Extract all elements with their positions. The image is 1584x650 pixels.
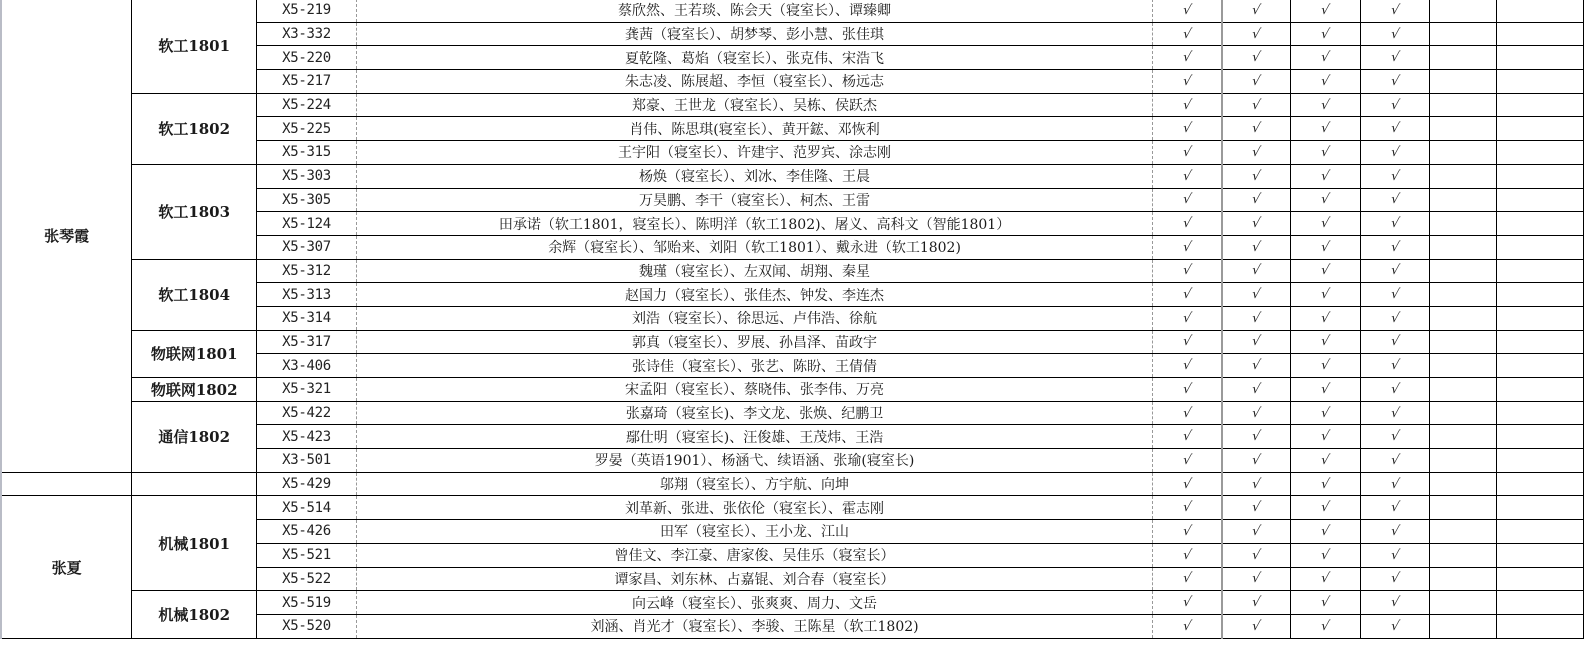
room-cell[interactable]: X3-332	[257, 22, 357, 46]
empty-cell[interactable]	[1497, 259, 1584, 283]
check-mark-icon: √	[1390, 358, 1401, 373]
check-cell[interactable]: √	[1222, 306, 1290, 330]
check-mark-icon: √	[1251, 334, 1262, 349]
check-cell[interactable]: √	[1222, 259, 1290, 283]
room-cell[interactable]: X5-307	[257, 235, 357, 259]
check-cell[interactable]: √	[1360, 330, 1430, 354]
check-mark-icon: √	[1251, 216, 1262, 231]
check-mark-icon: √	[1182, 263, 1193, 278]
check-mark-icon: √	[1390, 311, 1401, 326]
members-cell[interactable]: 鄢仕明（寝室长)、汪俊雄、王茂炜、王浩	[356, 425, 1152, 449]
empty-cell[interactable]	[1430, 567, 1497, 591]
check-mark-icon: √	[1320, 98, 1331, 113]
check-mark-icon: √	[1251, 263, 1262, 278]
check-cell[interactable]: √	[1290, 235, 1360, 259]
room-cell[interactable]: X5-520	[257, 614, 357, 638]
check-cell[interactable]: √	[1222, 164, 1290, 188]
empty-cell[interactable]	[1430, 591, 1497, 615]
check-cell[interactable]: √	[1153, 306, 1223, 330]
check-mark-icon: √	[1320, 524, 1331, 539]
check-cell[interactable]: √	[1222, 46, 1290, 70]
check-mark-icon: √	[1390, 595, 1401, 610]
check-cell[interactable]: √	[1360, 164, 1430, 188]
check-cell[interactable]: √	[1360, 283, 1430, 307]
room-cell[interactable]: X5-321	[257, 378, 357, 402]
check-cell[interactable]: √	[1153, 378, 1223, 402]
check-mark-icon: √	[1320, 3, 1331, 18]
empty-cell[interactable]	[1430, 164, 1497, 188]
check-cell[interactable]: √	[1222, 614, 1290, 638]
members-cell[interactable]: 向云峰（寝室长）、张爽爽、周力、文岳	[356, 591, 1152, 615]
check-mark-icon: √	[1182, 548, 1193, 563]
empty-cell[interactable]	[1497, 378, 1584, 402]
members-cell[interactable]: 王宇阳（寝室长）、许建宇、范罗宾、涂志刚	[356, 141, 1152, 165]
check-cell[interactable]: √	[1360, 378, 1430, 402]
check-cell[interactable]: √	[1290, 496, 1360, 520]
empty-cell[interactable]	[1497, 425, 1584, 449]
check-cell[interactable]: √	[1222, 330, 1290, 354]
check-mark-icon: √	[1251, 145, 1262, 160]
members-cell[interactable]: 张诗佳（寝室长）、张艺、陈盼、王倩倩	[356, 354, 1152, 378]
check-cell[interactable]: √	[1290, 306, 1360, 330]
check-cell[interactable]: √	[1153, 472, 1223, 496]
check-mark-icon: √	[1251, 382, 1262, 397]
check-cell[interactable]: √	[1360, 449, 1430, 473]
members-cell[interactable]: 魏瑾（寝室长）、左双闻、胡翔、秦星	[356, 259, 1152, 283]
check-cell[interactable]: √	[1360, 520, 1430, 544]
check-mark-icon: √	[1390, 619, 1401, 634]
class-cell[interactable]: 软工1801	[132, 0, 257, 93]
members-cell[interactable]: 蔡欣然、王若琰、陈会天（寝室长）、谭臻卿	[356, 0, 1152, 22]
empty-cell[interactable]	[1430, 378, 1497, 402]
members-cell[interactable]: 赵国力（寝室长）、张佳杰、钟发、李连杰	[356, 283, 1152, 307]
check-mark-icon: √	[1251, 453, 1262, 468]
check-cell[interactable]: √	[1222, 378, 1290, 402]
check-cell[interactable]: √	[1290, 283, 1360, 307]
check-mark-icon: √	[1251, 571, 1262, 586]
members-cell[interactable]: 余辉（寝室长）、邹贻来、刘阳（软工1801）、戴永进（软工1802)	[356, 235, 1152, 259]
empty-cell[interactable]	[1497, 496, 1584, 520]
room-cell[interactable]: X5-314	[257, 306, 357, 330]
check-mark-icon: √	[1182, 500, 1193, 515]
room-cell[interactable]: X5-220	[257, 46, 357, 70]
members-cell[interactable]: 刘涵、肖光才（寝室长）、李骏、王陈星（软工1802)	[356, 614, 1152, 638]
room-cell[interactable]: X5-422	[257, 401, 357, 425]
check-cell[interactable]: √	[1290, 520, 1360, 544]
check-cell[interactable]: √	[1222, 591, 1290, 615]
check-cell[interactable]: √	[1153, 425, 1223, 449]
check-cell[interactable]: √	[1153, 591, 1223, 615]
check-cell[interactable]: √	[1153, 22, 1223, 46]
members-cell[interactable]: 田承诺（软工1801，寝室长）、陈明洋（软工1802)、屠义、高科文（智能180…	[356, 212, 1152, 236]
check-cell[interactable]: √	[1360, 543, 1430, 567]
empty-cell[interactable]	[1497, 46, 1584, 70]
check-cell[interactable]: √	[1222, 401, 1290, 425]
table-row: 软工1804X5-312魏瑾（寝室长）、左双闻、胡翔、秦星√√√√	[2, 259, 1584, 283]
check-cell[interactable]: √	[1153, 188, 1223, 212]
check-mark-icon: √	[1182, 453, 1193, 468]
check-cell[interactable]: √	[1360, 306, 1430, 330]
empty-cell[interactable]	[1430, 117, 1497, 141]
check-mark-icon: √	[1390, 429, 1401, 444]
check-cell[interactable]: √	[1360, 591, 1430, 615]
check-cell[interactable]: √	[1290, 22, 1360, 46]
check-cell[interactable]: √	[1290, 567, 1360, 591]
check-mark-icon: √	[1251, 595, 1262, 610]
check-mark-icon: √	[1390, 263, 1401, 278]
empty-cell[interactable]	[1497, 188, 1584, 212]
check-cell[interactable]: √	[1290, 614, 1360, 638]
check-cell[interactable]: √	[1153, 235, 1223, 259]
teacher-cell[interactable]	[2, 472, 132, 496]
empty-cell[interactable]	[1497, 93, 1584, 117]
empty-cell[interactable]	[1430, 0, 1497, 22]
check-cell[interactable]: √	[1290, 93, 1360, 117]
check-cell[interactable]: √	[1360, 401, 1430, 425]
empty-cell[interactable]	[1497, 141, 1584, 165]
check-cell[interactable]: √	[1153, 496, 1223, 520]
class-cell[interactable]: 物联网1801	[132, 330, 257, 377]
empty-cell[interactable]	[1430, 70, 1497, 94]
room-cell[interactable]: X5-224	[257, 93, 357, 117]
check-cell[interactable]: √	[1222, 496, 1290, 520]
check-cell[interactable]: √	[1153, 46, 1223, 70]
table-row: 机械1802X5-519向云峰（寝室长）、张爽爽、周力、文岳√√√√	[2, 591, 1584, 615]
check-cell[interactable]: √	[1290, 259, 1360, 283]
check-cell[interactable]: √	[1290, 141, 1360, 165]
check-mark-icon: √	[1320, 477, 1331, 492]
teacher-cell[interactable]: 张琴霞	[2, 0, 132, 472]
check-mark-icon: √	[1182, 3, 1193, 18]
empty-cell[interactable]	[1430, 46, 1497, 70]
check-cell[interactable]: √	[1153, 70, 1223, 94]
check-cell[interactable]: √	[1222, 141, 1290, 165]
check-cell[interactable]: √	[1153, 567, 1223, 591]
empty-cell[interactable]	[1430, 472, 1497, 496]
check-cell[interactable]: √	[1360, 567, 1430, 591]
check-mark-icon: √	[1390, 192, 1401, 207]
class-cell[interactable]: 机械1802	[132, 591, 257, 638]
check-cell[interactable]: √	[1153, 141, 1223, 165]
check-cell[interactable]: √	[1222, 472, 1290, 496]
empty-cell[interactable]	[1497, 401, 1584, 425]
check-cell[interactable]: √	[1290, 70, 1360, 94]
members-cell[interactable]: 郭真（寝室长）、罗展、孙昌泽、苗政宇	[356, 330, 1152, 354]
empty-cell[interactable]	[1497, 164, 1584, 188]
check-cell[interactable]: √	[1153, 164, 1223, 188]
empty-cell[interactable]	[1430, 543, 1497, 567]
check-cell[interactable]: √	[1290, 591, 1360, 615]
check-mark-icon: √	[1251, 192, 1262, 207]
room-cell[interactable]: X5-423	[257, 425, 357, 449]
check-mark-icon: √	[1251, 74, 1262, 89]
room-cell[interactable]: X5-312	[257, 259, 357, 283]
check-cell[interactable]: √	[1360, 141, 1430, 165]
check-mark-icon: √	[1390, 3, 1401, 18]
check-mark-icon: √	[1251, 619, 1262, 634]
room-cell[interactable]: X5-514	[257, 496, 357, 520]
members-cell[interactable]: 朱志凌、陈展超、李恒（寝室长）、杨远志	[356, 70, 1152, 94]
check-cell[interactable]: √	[1360, 117, 1430, 141]
check-cell[interactable]: √	[1153, 259, 1223, 283]
check-mark-icon: √	[1182, 524, 1193, 539]
check-cell[interactable]: √	[1290, 401, 1360, 425]
room-cell[interactable]: X5-317	[257, 330, 357, 354]
empty-cell[interactable]	[1497, 520, 1584, 544]
empty-cell[interactable]	[1497, 354, 1584, 378]
class-cell[interactable]: 软工1803	[132, 164, 257, 259]
check-mark-icon: √	[1251, 3, 1262, 18]
table-row: 软工1803X5-303杨焕（寝室长）、刘冰、李佳隆、王晨√√√√	[2, 164, 1584, 188]
check-cell[interactable]: √	[1153, 117, 1223, 141]
spreadsheet: 张琴霞软工1801X5-219蔡欣然、王若琰、陈会天（寝室长）、谭臻卿√√√√X…	[0, 0, 1584, 639]
check-mark-icon: √	[1182, 240, 1193, 255]
check-mark-icon: √	[1390, 121, 1401, 136]
check-cell[interactable]: √	[1222, 567, 1290, 591]
check-cell[interactable]: √	[1222, 22, 1290, 46]
check-mark-icon: √	[1182, 27, 1193, 42]
check-cell[interactable]: √	[1360, 614, 1430, 638]
check-mark-icon: √	[1251, 169, 1262, 184]
check-mark-icon: √	[1320, 406, 1331, 421]
check-mark-icon: √	[1182, 334, 1193, 349]
check-cell[interactable]: √	[1290, 330, 1360, 354]
check-cell[interactable]: √	[1222, 117, 1290, 141]
check-cell[interactable]: √	[1290, 0, 1360, 22]
check-mark-icon: √	[1320, 50, 1331, 65]
table-row: X5-429邬翔（寝室长）、方宇航、向坤√√√√	[2, 472, 1584, 496]
check-cell[interactable]: √	[1360, 46, 1430, 70]
empty-cell[interactable]	[1497, 283, 1584, 307]
check-cell[interactable]: √	[1290, 543, 1360, 567]
check-cell[interactable]: √	[1153, 93, 1223, 117]
empty-cell[interactable]	[1430, 330, 1497, 354]
check-mark-icon: √	[1320, 619, 1331, 634]
check-cell[interactable]: √	[1222, 70, 1290, 94]
room-cell[interactable]: X3-406	[257, 354, 357, 378]
check-mark-icon: √	[1320, 500, 1331, 515]
check-cell[interactable]: √	[1290, 46, 1360, 70]
empty-cell[interactable]	[1430, 401, 1497, 425]
empty-cell[interactable]	[1497, 449, 1584, 473]
empty-cell[interactable]	[1497, 543, 1584, 567]
check-cell[interactable]: √	[1153, 401, 1223, 425]
check-mark-icon: √	[1251, 548, 1262, 563]
check-mark-icon: √	[1182, 216, 1193, 231]
check-cell[interactable]: √	[1290, 188, 1360, 212]
check-mark-icon: √	[1320, 192, 1331, 207]
check-mark-icon: √	[1320, 27, 1331, 42]
members-cell[interactable]: 田军（寝室长）、王小龙、江山	[356, 520, 1152, 544]
teacher-cell[interactable]: 张夏	[2, 496, 132, 638]
check-cell[interactable]: √	[1153, 614, 1223, 638]
check-cell[interactable]: √	[1222, 449, 1290, 473]
empty-cell[interactable]	[1497, 567, 1584, 591]
check-cell[interactable]: √	[1290, 472, 1360, 496]
empty-cell[interactable]	[1497, 472, 1584, 496]
check-cell[interactable]: √	[1360, 354, 1430, 378]
room-cell[interactable]: X5-313	[257, 283, 357, 307]
check-mark-icon: √	[1390, 169, 1401, 184]
class-cell[interactable]: 软工1804	[132, 259, 257, 330]
members-cell[interactable]: 刘革新、张进、张依伦（寝室长）、霍志刚	[356, 496, 1152, 520]
check-cell[interactable]: √	[1360, 22, 1430, 46]
check-mark-icon: √	[1320, 263, 1331, 278]
empty-cell[interactable]	[1430, 354, 1497, 378]
empty-cell[interactable]	[1430, 212, 1497, 236]
room-cell[interactable]: X5-219	[257, 0, 357, 22]
check-cell[interactable]: √	[1290, 425, 1360, 449]
members-cell[interactable]: 刘浩（寝室长）、徐思远、卢伟浩、徐航	[356, 306, 1152, 330]
check-cell[interactable]: √	[1153, 330, 1223, 354]
check-cell[interactable]: √	[1360, 93, 1430, 117]
room-cell[interactable]: X5-426	[257, 520, 357, 544]
check-cell[interactable]: √	[1360, 235, 1430, 259]
empty-cell[interactable]	[1430, 614, 1497, 638]
check-mark-icon: √	[1320, 216, 1331, 231]
room-cell[interactable]: X5-521	[257, 543, 357, 567]
empty-cell[interactable]	[1430, 520, 1497, 544]
empty-cell[interactable]	[1497, 117, 1584, 141]
check-cell[interactable]: √	[1153, 0, 1223, 22]
check-mark-icon: √	[1320, 571, 1331, 586]
check-mark-icon: √	[1251, 50, 1262, 65]
class-cell[interactable]: 软工1802	[132, 93, 257, 164]
check-cell[interactable]: √	[1222, 283, 1290, 307]
check-cell[interactable]: √	[1222, 93, 1290, 117]
check-mark-icon: √	[1390, 240, 1401, 255]
empty-cell[interactable]	[1430, 235, 1497, 259]
empty-cell[interactable]	[1430, 22, 1497, 46]
room-cell[interactable]: X5-305	[257, 188, 357, 212]
room-cell[interactable]: X5-519	[257, 591, 357, 615]
check-mark-icon: √	[1390, 287, 1401, 302]
members-cell[interactable]: 杨焕（寝室长）、刘冰、李佳隆、王晨	[356, 164, 1152, 188]
check-cell[interactable]: √	[1222, 520, 1290, 544]
empty-cell[interactable]	[1430, 306, 1497, 330]
check-cell[interactable]: √	[1153, 449, 1223, 473]
class-cell[interactable]	[132, 472, 257, 496]
room-cell[interactable]: X5-429	[257, 472, 357, 496]
empty-cell[interactable]	[1497, 614, 1584, 638]
check-mark-icon: √	[1182, 98, 1193, 113]
members-cell[interactable]: 夏乾隆、葛焰（寝室长）、张克伟、宋浩飞	[356, 46, 1152, 70]
class-cell[interactable]: 物联网1802	[132, 378, 257, 402]
empty-cell[interactable]	[1430, 425, 1497, 449]
empty-cell[interactable]	[1497, 70, 1584, 94]
class-cell[interactable]: 机械1801	[132, 496, 257, 591]
check-cell[interactable]: √	[1153, 283, 1223, 307]
members-cell[interactable]: 宋孟阳（寝室长）、蔡晓伟、张李伟、万亮	[356, 378, 1152, 402]
room-cell[interactable]: X5-225	[257, 117, 357, 141]
check-cell[interactable]: √	[1360, 259, 1430, 283]
check-cell[interactable]: √	[1222, 425, 1290, 449]
members-cell[interactable]: 罗晏（英语1901）、杨涵弋、续语涵、张瑜(寝室长)	[356, 449, 1152, 473]
check-cell[interactable]: √	[1222, 212, 1290, 236]
room-cell[interactable]: X3-501	[257, 449, 357, 473]
members-cell[interactable]: 郑豪、王世龙（寝室长）、吴栋、侯跃杰	[356, 93, 1152, 117]
check-mark-icon: √	[1390, 27, 1401, 42]
room-cell[interactable]: X5-315	[257, 141, 357, 165]
check-mark-icon: √	[1390, 334, 1401, 349]
members-cell[interactable]: 龚茜（寝室长）、胡梦琴、彭小慧、张佳琪	[356, 22, 1152, 46]
check-mark-icon: √	[1320, 429, 1331, 444]
empty-cell[interactable]	[1497, 22, 1584, 46]
check-mark-icon: √	[1182, 287, 1193, 302]
members-cell[interactable]: 曾佳文、李江豪、唐家俊、吴佳乐（寝室长）	[356, 543, 1152, 567]
room-cell[interactable]: X5-303	[257, 164, 357, 188]
members-cell[interactable]: 肖伟、陈思琪(寝室长）、黄开鋐、邓恢利	[356, 117, 1152, 141]
check-mark-icon: √	[1320, 121, 1331, 136]
check-cell[interactable]: √	[1153, 520, 1223, 544]
empty-cell[interactable]	[1430, 93, 1497, 117]
empty-cell[interactable]	[1497, 591, 1584, 615]
check-cell[interactable]: √	[1153, 543, 1223, 567]
empty-cell[interactable]	[1430, 259, 1497, 283]
room-cell[interactable]: X5-522	[257, 567, 357, 591]
check-cell[interactable]: √	[1290, 378, 1360, 402]
check-cell[interactable]: √	[1222, 235, 1290, 259]
members-cell[interactable]: 万昊鹏、李干（寝室长）、柯杰、王雷	[356, 188, 1152, 212]
empty-cell[interactable]	[1430, 141, 1497, 165]
empty-cell[interactable]	[1497, 212, 1584, 236]
room-cell[interactable]: X5-124	[257, 212, 357, 236]
members-cell[interactable]: 谭家昌、刘东林、占嘉锟、刘合春（寝室长）	[356, 567, 1152, 591]
class-cell[interactable]: 通信1802	[132, 401, 257, 472]
check-cell[interactable]: √	[1360, 212, 1430, 236]
check-cell[interactable]: √	[1360, 425, 1430, 449]
empty-cell[interactable]	[1430, 496, 1497, 520]
members-cell[interactable]: 邬翔（寝室长）、方宇航、向坤	[356, 472, 1152, 496]
check-cell[interactable]: √	[1222, 543, 1290, 567]
check-cell[interactable]: √	[1290, 212, 1360, 236]
empty-cell[interactable]	[1430, 449, 1497, 473]
check-mark-icon: √	[1390, 50, 1401, 65]
empty-cell[interactable]	[1497, 306, 1584, 330]
check-cell[interactable]: √	[1290, 449, 1360, 473]
check-cell[interactable]: √	[1290, 164, 1360, 188]
check-cell[interactable]: √	[1153, 354, 1223, 378]
check-cell[interactable]: √	[1153, 212, 1223, 236]
check-cell[interactable]: √	[1360, 0, 1430, 22]
check-cell[interactable]: √	[1290, 117, 1360, 141]
table-row: 张琴霞软工1801X5-219蔡欣然、王若琰、陈会天（寝室长）、谭臻卿√√√√	[2, 0, 1584, 22]
check-mark-icon: √	[1320, 334, 1331, 349]
check-mark-icon: √	[1390, 477, 1401, 492]
check-cell[interactable]: √	[1222, 188, 1290, 212]
check-mark-icon: √	[1182, 311, 1193, 326]
check-mark-icon: √	[1390, 571, 1401, 586]
check-cell[interactable]: √	[1360, 472, 1430, 496]
empty-cell[interactable]	[1497, 235, 1584, 259]
check-mark-icon: √	[1182, 50, 1193, 65]
empty-cell[interactable]	[1497, 330, 1584, 354]
check-cell[interactable]: √	[1222, 354, 1290, 378]
room-cell[interactable]: X5-217	[257, 70, 357, 94]
check-mark-icon: √	[1320, 240, 1331, 255]
empty-cell[interactable]	[1430, 283, 1497, 307]
empty-cell[interactable]	[1497, 0, 1584, 22]
check-cell[interactable]: √	[1222, 0, 1290, 22]
check-cell[interactable]: √	[1360, 70, 1430, 94]
check-cell[interactable]: √	[1360, 188, 1430, 212]
table-row: 张夏机械1801X5-514刘革新、张进、张依伦（寝室长）、霍志刚√√√√	[2, 496, 1584, 520]
empty-cell[interactable]	[1430, 188, 1497, 212]
check-mark-icon: √	[1182, 382, 1193, 397]
members-cell[interactable]: 张嘉琦（寝室长)、李文龙、张焕、纪鹏卫	[356, 401, 1152, 425]
check-cell[interactable]: √	[1360, 496, 1430, 520]
check-cell[interactable]: √	[1290, 354, 1360, 378]
